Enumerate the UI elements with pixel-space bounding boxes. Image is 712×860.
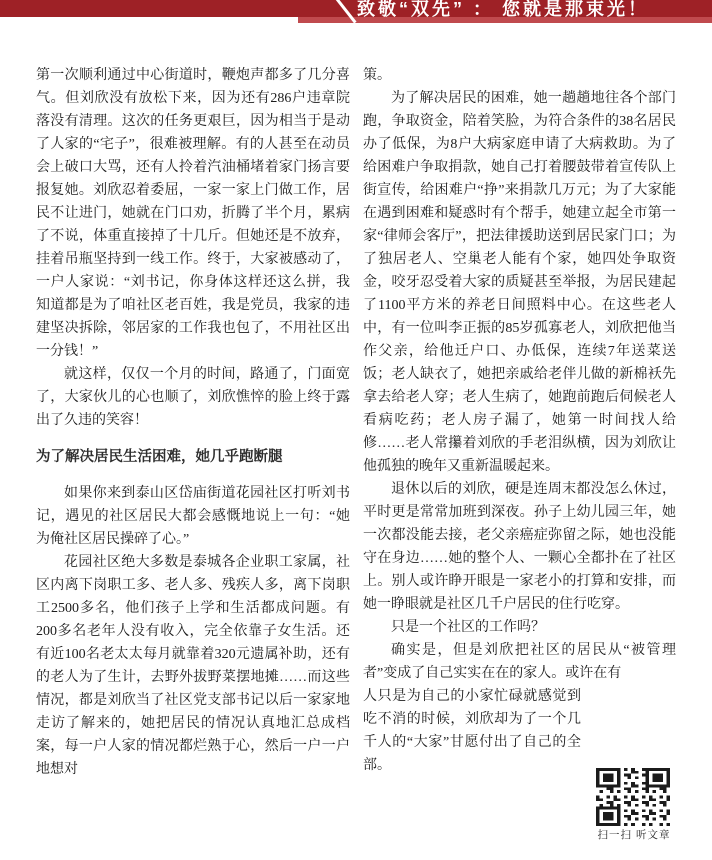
paragraph: 策。	[363, 64, 676, 87]
paragraph: 为了解决居民的困难，她一趟趟地往各个部门跑，争取资金，陪着笑脸，为符合条件的38…	[363, 87, 676, 478]
paragraph: 就这样，仅仅一个月的时间，路通了，门面宽了，大家伙儿的心也顺了，刘欣憔悴的脸上终…	[36, 363, 350, 432]
paragraph: 确实是，但是刘欣把社区的居民从“被管理者”变成了自己实实在在的家人。或许在有	[363, 639, 676, 685]
paragraph: 只是一个社区的工作吗？	[363, 616, 676, 639]
right-column: 策。 为了解决居民的困难，她一趟趟地往各个部门跑，争取资金，陪着笑脸，为符合条件…	[363, 64, 676, 777]
qr-code-icon	[596, 768, 670, 826]
paragraph: 退休以后的刘欣，硬是连周末都没怎么休过，平时更是常常加班到深夜。孙子上幼儿园三年…	[363, 478, 676, 616]
top-banner: 致敬“双先” ： 您就是那束光！	[0, 0, 712, 26]
qr-caption: 扫一扫 听文章	[596, 829, 672, 842]
section-subheading: 为了解决居民生活困难，她几乎跑断腿	[36, 447, 350, 468]
paragraph: 第一次顺利通过中心街道时，鞭炮声都多了几分喜气。但刘欣没有放松下来，因为还有28…	[36, 64, 350, 363]
column-title: 致敬“双先” ： 您就是那束光！	[357, 0, 649, 21]
paragraph-wrapped-beside-qr: 人只是为自己的小家忙碌就感觉到吃不消的时候，刘欣却为了一个几千人的“大家”甘愿付…	[363, 685, 581, 777]
paragraph: 花园社区绝大多数是泰城各企业职工家属，社区内离下岗职工多、老人多、残疾人多，离下…	[36, 551, 350, 781]
qr-code-block: 扫一扫 听文章	[596, 768, 672, 842]
paragraph: 如果你来到泰山区岱庙街道花园社区打听刘书记，遇见的社区居民大都会感慨地说上一句：…	[36, 482, 350, 551]
left-column: 第一次顺利通过中心街道时，鞭炮声都多了几分喜气。但刘欣没有放松下来，因为还有28…	[36, 64, 350, 781]
magazine-page: 致敬“双先” ： 您就是那束光！ 第一次顺利通过中心街道时，鞭炮声都多了几分喜气…	[0, 0, 712, 860]
